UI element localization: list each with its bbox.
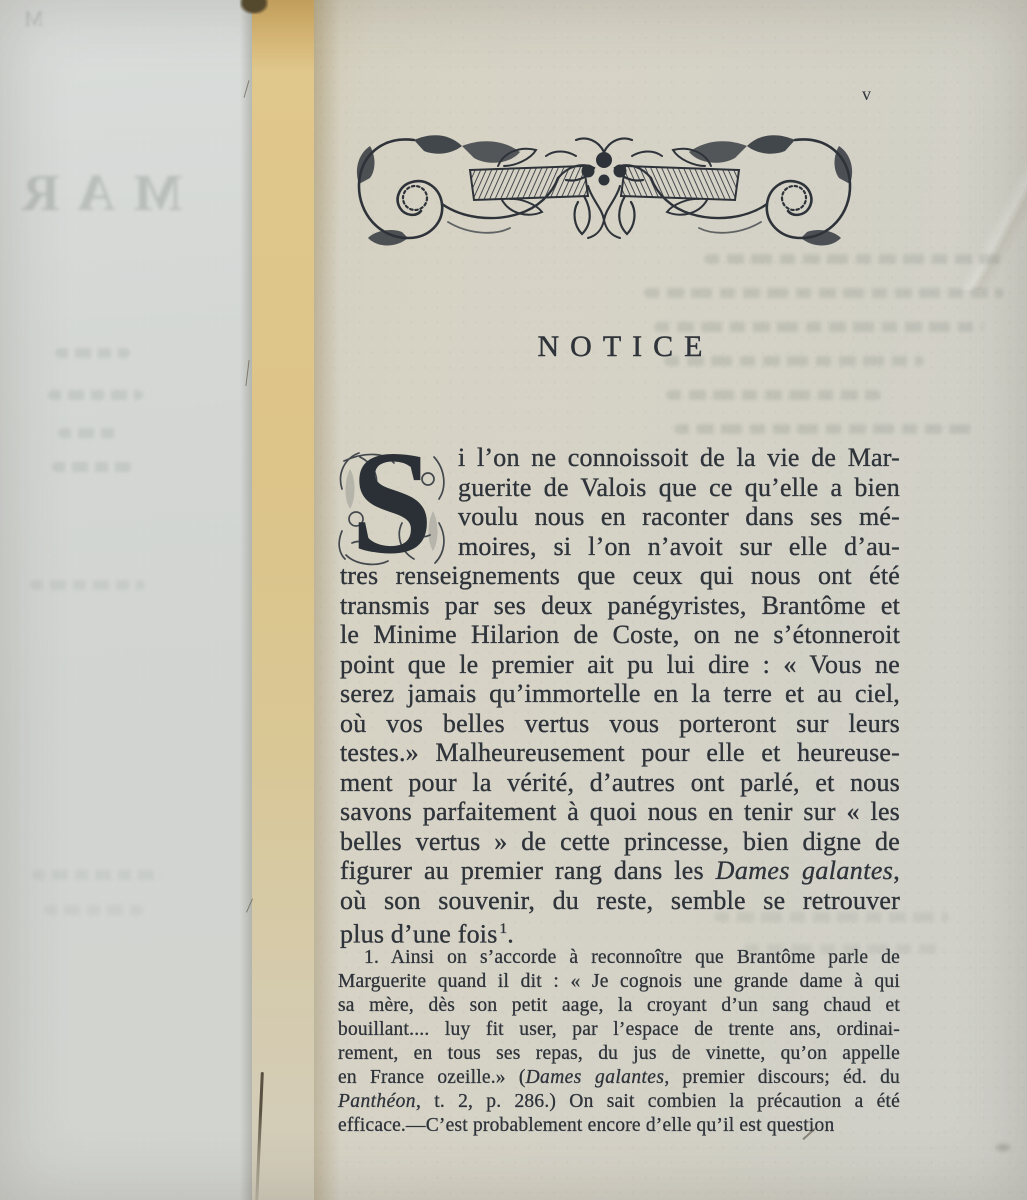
text-line: guerite de Valois que ce qu’elle a bien xyxy=(340,473,900,503)
text-line: plus d’une fois1. xyxy=(340,915,900,945)
footnote: 1. Ainsi on s’accorde à reconnoître que … xyxy=(338,946,900,1138)
show-through-ghost-line xyxy=(644,288,1004,298)
footnote-line: efficace.—C’est probablement encore d’el… xyxy=(338,1114,900,1138)
text-line: le Minime Hilarion de Coste, on ne s’éto… xyxy=(340,620,900,650)
show-through-ghost-line xyxy=(704,254,1004,264)
footnote-line: Marguerite quand il dit : « Je cognois u… xyxy=(338,970,900,994)
text-line: i l’on ne connoissoit de la vie de Mar- xyxy=(340,443,900,473)
text-line: point que le premier ait pu lui dire : «… xyxy=(340,650,900,680)
text-line: voulu nous en raconter dans ses mé- xyxy=(340,502,900,532)
paper-smudge xyxy=(996,1144,1010,1151)
footnote-line: sa mère, dès son petit aage, la croyant … xyxy=(338,994,900,1018)
text-line: où vos belles vertus vous porteront sur … xyxy=(340,709,900,739)
book-photo: M MAR v xyxy=(0,0,1027,1200)
text-line: serez jamais qu’immortelle en la terre e… xyxy=(340,679,900,709)
footnote-line: rement, en tous ses repas, du jus de vin… xyxy=(338,1042,900,1066)
footnote-line: Panthéon, t. 2, p. 286.) On sait combien… xyxy=(338,1090,900,1114)
left-page: M MAR xyxy=(0,0,252,1200)
footnote-line: bouillant.... luy fit user, par l’espace… xyxy=(338,1018,900,1042)
show-through-ghost-line xyxy=(58,428,120,438)
show-through-ghost-letter: M xyxy=(24,6,44,32)
show-through-ghost-text: MAR xyxy=(4,164,182,223)
footnote-line: en France ozeille.» (Dames galantes, pre… xyxy=(338,1066,900,1090)
page-gutter xyxy=(252,0,314,1200)
text-line: testes.» Malheureusement pour elle et he… xyxy=(340,738,900,768)
show-through-ghost-line xyxy=(32,870,162,880)
section-title: NOTICE xyxy=(340,330,900,364)
show-through-ghost-line xyxy=(30,580,145,590)
text-line: transmis par ses deux panégyristes, Bran… xyxy=(340,591,900,621)
headpiece-ornament xyxy=(352,126,857,254)
body-paragraph: S i l’on ne connoissoit de la vie de Mar… xyxy=(340,443,900,945)
page-number: v xyxy=(862,84,872,105)
show-through-ghost-line xyxy=(44,905,144,915)
gutter-shadow-notch xyxy=(240,0,268,14)
text-line: savons parfaitement à quoi nous en tenir… xyxy=(340,797,900,827)
footnote-line: 1. Ainsi on s’accorde à reconnoître que … xyxy=(338,946,900,970)
text-line: ment pour la vérité, d’autres ont parlé,… xyxy=(340,768,900,798)
text-line: où son souvenir, du reste, semble se ret… xyxy=(340,886,900,916)
right-page: v xyxy=(314,0,1027,1200)
paper-crease-highlight xyxy=(914,10,1027,290)
text-line: moires, si l’on n’avoit sur elle d’au- xyxy=(340,532,900,562)
text-line: tres renseignements que ceux qui nous on… xyxy=(340,561,900,591)
show-through-ghost-line xyxy=(55,348,130,358)
show-through-ghost-line xyxy=(674,424,974,434)
text-line: belles vertus » de cette princesse, bien… xyxy=(340,827,900,857)
show-through-ghost-line xyxy=(666,390,881,400)
show-through-ghost-line xyxy=(52,462,132,472)
text-line: figurer au premier rang dans les Dames g… xyxy=(340,856,900,886)
show-through-ghost-line xyxy=(48,390,143,400)
